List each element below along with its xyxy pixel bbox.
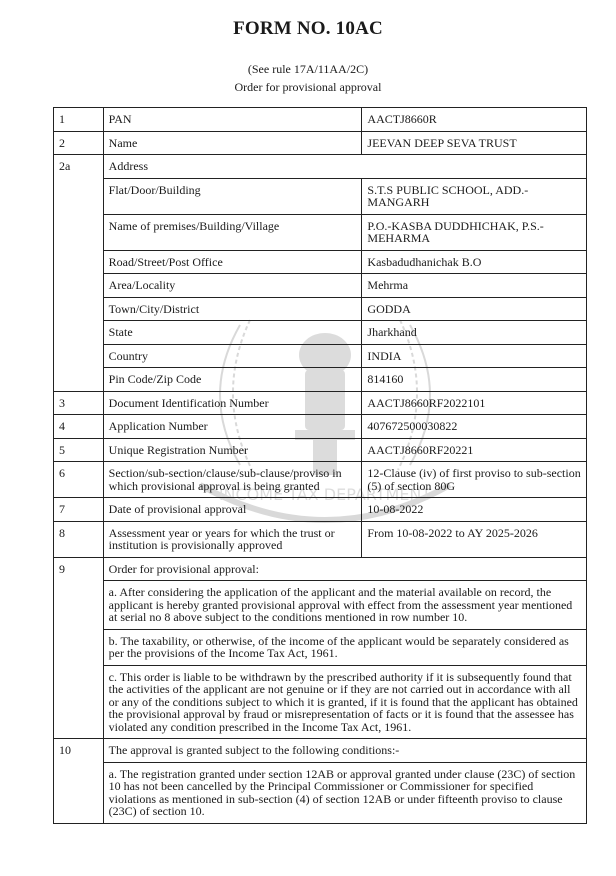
field-label: Country [103,344,362,368]
table-row-application-number: 4 Application Number 407672500030822 [54,415,587,439]
address-row: Name of premises/Building/Village P.O.-K… [54,214,587,250]
serial-number: 7 [54,498,104,522]
serial-number: 9 [54,557,104,739]
serial-number: 6 [54,462,104,498]
condition-paragraph: a. The registration granted under sectio… [103,762,586,823]
field-label: State [103,321,362,345]
field-label: Document Identification Number [103,391,362,415]
approval-date-value: 10-08-2022 [362,498,587,522]
field-label: Section/sub-section/clause/sub-clause/pr… [103,462,362,498]
serial-number: 3 [54,391,104,415]
order-paragraph: a. After considering the application of … [103,581,586,630]
table-row-name: 2 Name JEEVAN DEEP SEVA TRUST [54,131,587,155]
road-value: Kasbadudhanichak B.O [362,250,587,274]
serial-number: 4 [54,415,104,439]
address-row: Area/Locality Mehrma [54,274,587,298]
document-id-value: AACTJ8660RF2022101 [362,391,587,415]
address-row: Flat/Door/Building S.T.S PUBLIC SCHOOL, … [54,178,587,214]
section-heading: The approval is granted subject to the f… [103,739,586,763]
country-value: INDIA [362,344,587,368]
field-label: Town/City/District [103,297,362,321]
field-label: PAN [103,108,362,132]
serial-number: 2 [54,131,104,155]
section-value: 12-Clause (iv) of first proviso to sub-s… [362,462,587,498]
field-label: Unique Registration Number [103,438,362,462]
address-row: Road/Street/Post Office Kasbadudhanichak… [54,250,587,274]
application-number-value: 407672500030822 [362,415,587,439]
table-row-order: 9 Order for provisional approval: [54,557,587,581]
table-row-address: 2a Address [54,155,587,179]
order-paragraph-row: c. This order is liable to be withdrawn … [54,665,587,739]
field-label: Area/Locality [103,274,362,298]
serial-number: 10 [54,739,104,824]
address-row: Country INDIA [54,344,587,368]
form-title: FORM NO. 10AC [0,18,616,40]
field-label: Assessment year or years for which the t… [103,521,362,557]
area-value: Mehrma [362,274,587,298]
name-value: JEEVAN DEEP SEVA TRUST [362,131,587,155]
pincode-value: 814160 [362,368,587,392]
section-heading: Address [103,155,586,179]
table-row-conditions: 10 The approval is granted subject to th… [54,739,587,763]
order-paragraph: c. This order is liable to be withdrawn … [103,665,586,739]
field-label: Date of provisional approval [103,498,362,522]
table-row-document-id: 3 Document Identification Number AACTJ86… [54,391,587,415]
serial-number: 2a [54,155,104,392]
table-row-pan: 1 PAN AACTJ8660R [54,108,587,132]
field-label: Road/Street/Post Office [103,250,362,274]
section-heading: Order for provisional approval: [103,557,586,581]
field-label: Application Number [103,415,362,439]
field-label: Pin Code/Zip Code [103,368,362,392]
pan-value: AACTJ8660R [362,108,587,132]
address-row: Town/City/District GODDA [54,297,587,321]
condition-paragraph-row: a. The registration granted under sectio… [54,762,587,823]
table-row-assessment-year: 8 Assessment year or years for which the… [54,521,587,557]
town-value: GODDA [362,297,587,321]
state-value: Jharkhand [362,321,587,345]
flat-door-value: S.T.S PUBLIC SCHOOL, ADD.-MANGARH [362,178,587,214]
field-label: Name of premises/Building/Village [103,214,362,250]
urn-value: AACTJ8660RF20221 [362,438,587,462]
table-row-date: 7 Date of provisional approval 10-08-202… [54,498,587,522]
order-paragraph-row: b. The taxability, or otherwise, of the … [54,629,587,665]
order-paragraph-row: a. After considering the application of … [54,581,587,630]
serial-number: 1 [54,108,104,132]
assessment-year-value: From 10-08-2022 to AY 2025-2026 [362,521,587,557]
form-subtitle: Order for provisional approval [0,80,616,95]
table-row-urn: 5 Unique Registration Number AACTJ8660RF… [54,438,587,462]
table-row-section: 6 Section/sub-section/clause/sub-clause/… [54,462,587,498]
approval-table: 1 PAN AACTJ8660R 2 Name JEEVAN DEEP SEVA… [53,107,587,824]
rule-reference: (See rule 17A/11AA/2C) [0,62,616,77]
field-label: Name [103,131,362,155]
premises-value: P.O.-KASBA DUDDHICHAK, P.S.-MEHARMA [362,214,587,250]
order-paragraph: b. The taxability, or otherwise, of the … [103,629,586,665]
serial-number: 8 [54,521,104,557]
address-row: State Jharkhand [54,321,587,345]
field-label: Flat/Door/Building [103,178,362,214]
address-row: Pin Code/Zip Code 814160 [54,368,587,392]
serial-number: 5 [54,438,104,462]
